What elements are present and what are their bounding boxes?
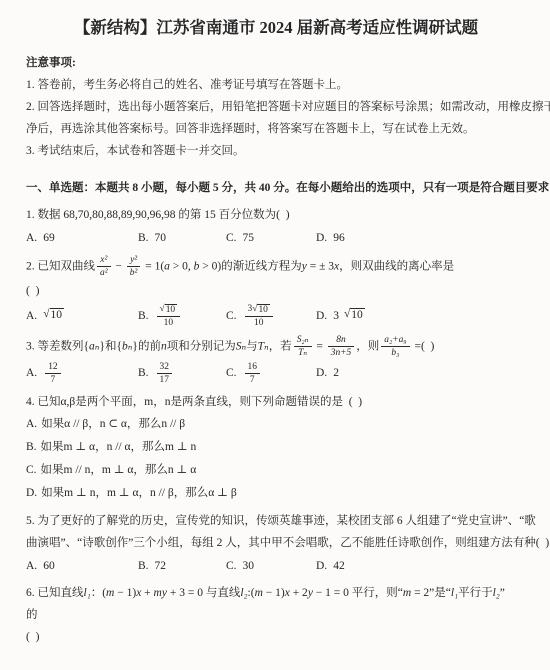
math-segment: aₙ xyxy=(89,341,99,353)
text-segment: − 1) xyxy=(263,587,285,599)
sqrt: √10 xyxy=(43,308,64,323)
fraction-numerator: 8n xyxy=(328,334,355,347)
option-B: B.72 xyxy=(138,555,226,577)
text-segment: 1. 数据 68,70,80,88,89,90,96,98 的第 15 百分位数… xyxy=(26,209,290,221)
page-title: 【新结构】江苏省南通市 2024 届新高考适应性调研试题 xyxy=(26,14,526,38)
fraction: 8n3n+5 xyxy=(328,334,355,360)
option-label: B. xyxy=(138,555,149,577)
fraction-numerator: √10 xyxy=(157,303,181,317)
notice-line: 2. 回答选择题时，选出每小题答案后，用铅笔把答题卡对应题目的答案标号涂黑；如需… xyxy=(26,96,536,118)
question-stem-line: 的 xyxy=(26,604,536,626)
text-segment: ( ) xyxy=(26,285,39,297)
option-B: B.70 xyxy=(138,227,226,249)
fraction-numerator: y² xyxy=(127,254,141,267)
text-segment: 2. 已知双曲线 xyxy=(26,260,95,272)
fraction: √1010 xyxy=(157,303,181,330)
text-segment: }的前 xyxy=(132,341,161,353)
text-segment: 10 xyxy=(254,318,263,328)
text-segment: }和{ xyxy=(99,341,122,353)
option-C: C.如果m // n，m ⊥ α，那么n ⊥ α xyxy=(26,459,536,482)
option-label: A. xyxy=(26,305,37,327)
option-label: A. xyxy=(26,555,37,577)
fraction-numerator: 3√10 xyxy=(245,303,273,317)
option-B: B.3217 xyxy=(138,361,226,387)
option-A: A.127 xyxy=(26,361,138,387)
section-header: 一、单选题：本题共 8 小题，每小题 5 分，共 40 分。在每小题给出的选项中… xyxy=(26,177,536,199)
option-label: D. xyxy=(316,362,327,384)
option-C: C.167 xyxy=(226,361,316,387)
text-segment: 2 xyxy=(333,362,339,384)
math-segment: S₂ₙ xyxy=(297,335,309,345)
sqrt-value: 10 xyxy=(257,304,269,316)
text-segment: + 3 = 0 与直线 xyxy=(167,587,240,599)
questions-container: 1. 数据 68,70,80,88,89,90,96,98 的第 15 百分位数… xyxy=(26,204,536,648)
text-segment: = 2”是“ xyxy=(411,587,451,599)
math-segment: a₂+a₉ xyxy=(384,335,406,345)
option-C: C.3√1010 xyxy=(226,303,316,330)
option-label: C. xyxy=(226,305,237,327)
options-row: A.127B.3217C.167D.2 xyxy=(26,361,536,387)
text-segment: 32 xyxy=(160,362,169,372)
text-segment: =( ) xyxy=(412,341,435,353)
option-C: C.30 xyxy=(226,555,316,577)
fraction: y²b² xyxy=(127,254,141,280)
question-stem-line: ( ) xyxy=(26,280,536,302)
text-segment: 69 xyxy=(43,227,55,249)
question-6: 6. 已知直线l₁：(m − 1)x + my + 3 = 0 与直线l₂:(m… xyxy=(26,582,536,648)
option-D: D.96 xyxy=(316,227,536,249)
math-segment: a² xyxy=(100,268,108,278)
text-segment: = 1( xyxy=(142,260,164,272)
fraction-denominator: 7 xyxy=(45,374,60,386)
fraction: a₂+a₉b₃ xyxy=(381,334,409,360)
fraction-numerator: S₂ₙ xyxy=(294,334,312,347)
text-segment: − xyxy=(113,260,125,272)
text-segment: 如果m ⊥ α，n // α，那么m ⊥ n xyxy=(41,441,197,453)
sqrt: √10 xyxy=(344,308,365,323)
math-segment: l₁ xyxy=(451,587,458,599)
text-segment: + xyxy=(141,587,153,599)
math-segment: m xyxy=(255,587,263,599)
question-stem-line: 3. 等差数列{aₙ}和{bₙ}的前n项和分别记为Sₙ与Tₙ，若S₂ₙTₙ = … xyxy=(26,334,536,360)
fraction: S₂ₙTₙ xyxy=(294,334,312,360)
option-A: A.60 xyxy=(26,555,138,577)
text-segment: ，则双曲线的离心率是 xyxy=(339,260,454,272)
fraction-denominator: 17 xyxy=(157,374,172,386)
math-segment: b₃ xyxy=(391,348,399,358)
option-A: A.69 xyxy=(26,227,138,249)
option-label: C. xyxy=(26,464,37,476)
text-segment: − 1) xyxy=(114,587,136,599)
math-segment: m xyxy=(403,587,411,599)
fraction-numerator: 12 xyxy=(45,361,60,374)
option-label: D. xyxy=(316,555,327,577)
option-label: C. xyxy=(226,362,237,384)
fraction-denominator: 7 xyxy=(245,374,260,386)
fraction-numerator: 32 xyxy=(157,361,172,374)
text-segment: = ± 3 xyxy=(307,260,334,272)
fraction: 3217 xyxy=(157,361,172,387)
text-segment: 的 xyxy=(26,609,38,621)
text-segment: ，则 xyxy=(356,341,379,353)
options-row: A.60B.72C.30D.42 xyxy=(26,555,536,577)
math-segment: 8n xyxy=(336,335,345,345)
text-segment: 如果m ⊥ n，m ⊥ α，n // β，那么α ⊥ β xyxy=(41,487,236,499)
text-segment: 42 xyxy=(333,555,345,577)
sqrt-value: 10 xyxy=(350,308,365,323)
text-segment: 7 xyxy=(250,375,255,385)
question-4: 4. 已知α,β是两个平面，m，n是两条直线，则下列命题错误的是 ( )A.如果… xyxy=(26,391,536,505)
math-segment: x² xyxy=(100,255,107,265)
text-segment: 12 xyxy=(48,362,57,372)
option-D: D.2 xyxy=(316,362,536,384)
text-segment: ” xyxy=(500,587,505,599)
exam-paper-page: 【新结构】江苏省南通市 2024 届新高考适应性调研试题 注意事项: 1. 答卷… xyxy=(0,0,550,670)
option-label: D. xyxy=(26,487,37,499)
option-label: D. xyxy=(316,227,327,249)
math-segment: l₂ xyxy=(240,587,247,599)
text-segment: 如果α // β，n ⊂ α，那么n // β xyxy=(41,418,185,430)
fraction-denominator: 3n+5 xyxy=(328,347,355,359)
text-segment: > 0)的渐近线方程为 xyxy=(199,260,301,272)
text-segment: :( xyxy=(248,587,255,599)
text-segment: 17 xyxy=(160,375,169,385)
text-segment: 16 xyxy=(248,362,257,372)
notice-line: 1. 答卷前，考生务必将自己的姓名、准考证号填写在答题卡上。 xyxy=(26,74,536,96)
question-stem-line: 6. 已知直线l₁：(m − 1)x + my + 3 = 0 与直线l₂:(m… xyxy=(26,582,536,604)
math-segment: b² xyxy=(130,268,138,278)
text-segment: ：( xyxy=(91,587,106,599)
option-label: B. xyxy=(138,362,149,384)
fraction: 127 xyxy=(45,361,60,387)
question-2: 2. 已知双曲线x²a² − y²b² = 1(a > 0, b > 0)的渐近… xyxy=(26,254,536,329)
options-row: A.69B.70C.75D.96 xyxy=(26,227,536,249)
text-segment: 4. 已知α,β是两个平面，m，n是两条直线，则下列命题错误的是 ( ) xyxy=(26,396,362,408)
text-segment: 项和分别记为 xyxy=(167,341,236,353)
fraction-numerator: a₂+a₉ xyxy=(381,334,409,347)
option-D: D.如果m ⊥ n，m ⊥ α，n // β，那么α ⊥ β xyxy=(26,482,536,505)
fraction-denominator: b₃ xyxy=(381,347,409,359)
text-segment: 3 xyxy=(333,305,339,327)
question-1: 1. 数据 68,70,80,88,89,90,96,98 的第 15 百分位数… xyxy=(26,204,536,249)
text-segment: 6. 已知直线 xyxy=(26,587,84,599)
sqrt-value: 10 xyxy=(165,304,177,316)
math-segment: bₙ xyxy=(122,341,132,353)
option-label: B. xyxy=(138,305,149,327)
text-segment: 5. 为了更好的了解党的历史，宣传党的知识，传颂英雄事迹，某校团支部 6 人组建… xyxy=(26,515,536,527)
text-segment: > 0, xyxy=(170,260,194,272)
fraction-numerator: 16 xyxy=(245,361,260,374)
option-A: A.√10 xyxy=(26,305,138,327)
fraction-denominator: b² xyxy=(127,267,141,279)
option-C: C.75 xyxy=(226,227,316,249)
text-segment: − 1 = 0 平行，则“ xyxy=(313,587,403,599)
question-3: 3. 等差数列{aₙ}和{bₙ}的前n项和分别记为Sₙ与Tₙ，若S₂ₙTₙ = … xyxy=(26,334,536,386)
text-segment: 10 xyxy=(164,318,173,328)
math-segment: l₂ xyxy=(493,587,500,599)
option-label: A. xyxy=(26,418,37,430)
text-segment: 72 xyxy=(155,555,167,577)
question-stem-line: ( ) xyxy=(26,626,536,648)
text-segment: + 2 xyxy=(290,587,308,599)
fraction-denominator: a² xyxy=(97,267,111,279)
text-segment: ，若 xyxy=(269,341,292,353)
question-stem-line: 1. 数据 68,70,80,88,89,90,96,98 的第 15 百分位数… xyxy=(26,204,536,226)
notice-line: 净后，再选涂其他答案标号。回答非选择题时，将答案写在答题卡上，写在试卷上无效。 xyxy=(26,118,536,140)
question-stem-line: 2. 已知双曲线x²a² − y²b² = 1(a > 0, b > 0)的渐近… xyxy=(26,254,536,280)
notice-heading: 注意事项: xyxy=(26,52,536,74)
math-segment: y² xyxy=(130,255,137,265)
option-label: C. xyxy=(226,227,237,249)
text-segment: ( ) xyxy=(26,631,39,643)
math-segment: Tₙ xyxy=(298,348,307,358)
text-segment: 30 xyxy=(243,555,255,577)
fraction-denominator: 10 xyxy=(157,317,181,329)
text-segment: 曲演唱”、“诗歌创作”三个小组，每组 2 人，其中甲不会唱歌，乙不能胜任诗歌创作… xyxy=(26,537,549,549)
option-label: A. xyxy=(26,227,37,249)
notice-block: 1. 答卷前，考生务必将自己的姓名、准考证号填写在答题卡上。 2. 回答选择题时… xyxy=(26,74,536,162)
text-segment: 70 xyxy=(155,227,167,249)
option-D: D.42 xyxy=(316,555,536,577)
option-A: A.如果α // β，n ⊂ α，那么n // β xyxy=(26,413,536,436)
fraction: 3√1010 xyxy=(245,303,273,330)
fraction: 167 xyxy=(245,361,260,387)
notice-line: 3. 考试结束后，本试卷和答题卡一并交回。 xyxy=(26,140,536,162)
text-segment: 75 xyxy=(243,227,255,249)
question-stem-line: 曲演唱”、“诗歌创作”三个小组，每组 2 人，其中甲不会唱歌，乙不能胜任诗歌创作… xyxy=(26,532,536,554)
math-segment: 3n+5 xyxy=(331,348,352,358)
option-B: B.如果m ⊥ α，n // α，那么m ⊥ n xyxy=(26,436,536,459)
math-segment: l₁ xyxy=(84,587,91,599)
math-segment: Sₙ xyxy=(236,341,246,353)
fraction-numerator: x² xyxy=(97,254,111,267)
fraction-denominator: 10 xyxy=(245,317,273,329)
sqrt-value: 10 xyxy=(50,308,65,323)
option-D: D.3√10 xyxy=(316,305,536,327)
question-stem-line: 4. 已知α,β是两个平面，m，n是两条直线，则下列命题错误的是 ( ) xyxy=(26,391,536,413)
text-segment: 7 xyxy=(51,375,56,385)
options-row: A.√10B.√1010C.3√1010D.3√10 xyxy=(26,303,536,330)
text-segment: 3. 等差数列{ xyxy=(26,341,89,353)
option-label: B. xyxy=(26,441,37,453)
question-stem-line: 5. 为了更好的了解党的历史，宣传党的知识，传颂英雄事迹，某校团支部 6 人组建… xyxy=(26,510,536,532)
sqrt: √10 xyxy=(160,304,178,316)
sqrt: √10 xyxy=(252,304,270,316)
text-segment: 与 xyxy=(246,341,258,353)
math-segment: Tₙ xyxy=(258,341,269,353)
question-5: 5. 为了更好的了解党的历史，宣传党的知识，传颂英雄事迹，某校团支部 6 人组建… xyxy=(26,510,536,577)
option-label: C. xyxy=(226,555,237,577)
option-label: A. xyxy=(26,362,37,384)
fraction: x²a² xyxy=(97,254,111,280)
text-segment: = xyxy=(314,341,326,353)
option-label: D. xyxy=(316,305,327,327)
math-segment: my xyxy=(154,587,167,599)
text-segment: 平行于 xyxy=(458,587,493,599)
text-segment: 60 xyxy=(43,555,55,577)
option-label: B. xyxy=(138,227,149,249)
text-segment: 如果m // n，m ⊥ α，那么n ⊥ α xyxy=(41,464,197,476)
text-segment: 96 xyxy=(333,227,345,249)
option-B: B.√1010 xyxy=(138,303,226,330)
fraction-denominator: Tₙ xyxy=(294,347,312,359)
